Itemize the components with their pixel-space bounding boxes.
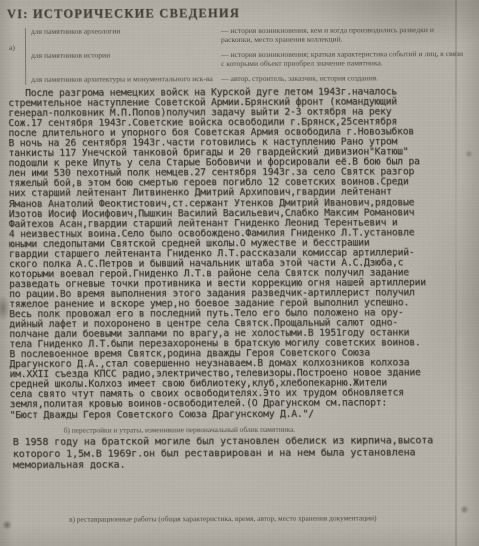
section-b-label: б) перестройки и утраты, изменившие перв… [64, 425, 296, 435]
legend-desc: — автор, строитель, заказчик, история со… [221, 74, 467, 84]
legend-row-architecture: для памятников архитектуры и монументаль… [31, 74, 467, 84]
historical-text-paragraph: После разгрома немецких войск на Курской… [8, 87, 473, 421]
scanned-document-page: VI: ИСТОРИЧЕСКИЕ СВЕДЕНИЯ а) для памятни… [0, 0, 479, 546]
section-v-label: в) реставрационные работы (общая характе… [69, 513, 376, 523]
document-content: VI: ИСТОРИЧЕСКИЕ СВЕДЕНИЯ а) для памятни… [0, 0, 479, 546]
section-a-rows: для памятников археологии — история возн… [25, 26, 467, 85]
legend-row-archeology: для памятников археологии — история возн… [31, 26, 467, 45]
section-b-paragraph: В 1958 году на братской могиле был устан… [13, 435, 473, 472]
legend-desc: — история возникновения, кем и когда про… [221, 26, 467, 44]
legend-term: для памятников истории [31, 51, 221, 69]
section-a-legend: а) для памятников археологии — история в… [9, 26, 467, 85]
legend-desc: — история возникновения; краткая характе… [221, 50, 467, 68]
legend-term: для памятников архитектуры и монументаль… [31, 75, 221, 84]
page-title: VI: ИСТОРИЧЕСКИЕ СВЕДЕНИЯ [7, 6, 240, 22]
legend-term: для памятников археологии [31, 27, 221, 45]
section-a-label: а) [9, 28, 25, 85]
legend-row-history: для памятников истории — история возникн… [31, 50, 467, 69]
